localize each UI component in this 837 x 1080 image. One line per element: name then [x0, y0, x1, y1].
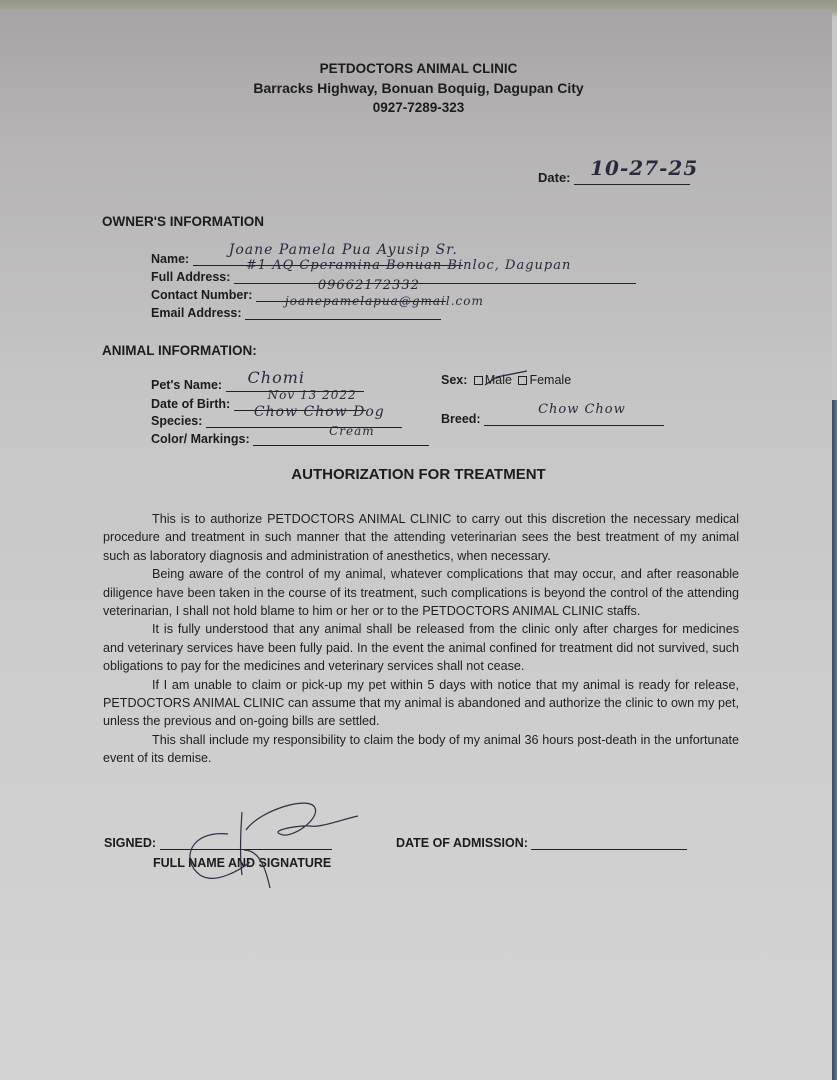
authorization-paragraph: It is fully understood that any animal s…	[103, 620, 739, 675]
color-label: Color/ Markings:	[151, 432, 250, 446]
clinic-phone: 0927-7289-323	[0, 98, 837, 118]
clinic-name: PETDOCTORS ANIMAL CLINIC	[0, 59, 837, 79]
check-mark-icon	[483, 369, 529, 389]
authorization-paragraph: This shall include my responsibility to …	[103, 731, 739, 768]
signed-label: SIGNED:	[104, 836, 156, 850]
owner-email-line[interactable]: joanepamelapua@gmail.com	[245, 306, 441, 320]
pet-name-label: Pet's Name:	[151, 378, 222, 392]
owner-contact-value: 09662172332	[318, 278, 420, 293]
owner-email-value: joanepamelapua@gmail.com	[285, 294, 484, 308]
admission-line[interactable]	[531, 836, 687, 850]
dob-label: Date of Birth:	[151, 397, 230, 411]
sex-male-checkbox[interactable]	[474, 376, 483, 385]
pet-name-value: Chomi	[248, 368, 305, 387]
owner-address-label: Full Address:	[151, 270, 230, 284]
breed-field: Breed: Chow Chow	[441, 412, 664, 426]
admission-field: DATE OF ADMISSION:	[396, 836, 687, 850]
clinic-address: Barracks Highway, Bonuan Boquig, Dagupan…	[0, 78, 837, 98]
sex-field: Sex: Male Female	[441, 373, 571, 387]
owner-email-field: Email Address: joanepamelapua@gmail.com	[151, 306, 441, 320]
owner-section-title: OWNER'S INFORMATION	[102, 214, 264, 229]
sex-label: Sex:	[441, 373, 467, 387]
owner-email-label: Email Address:	[151, 306, 242, 320]
color-field: Color/ Markings: Cream	[151, 432, 429, 446]
photo-background-edge	[832, 400, 837, 1080]
admission-label: DATE OF ADMISSION:	[396, 836, 528, 850]
color-line[interactable]: Cream	[253, 432, 429, 446]
authorization-paragraph: If I am unable to claim or pick-up my pe…	[103, 676, 739, 731]
authorization-paragraph: Being aware of the control of my animal,…	[103, 565, 739, 620]
date-value: 10-27-25	[590, 156, 698, 180]
owner-name-value: Joane Pamela Pua Ayusip Sr.	[229, 242, 458, 258]
sex-female-option: Female	[529, 373, 571, 387]
authorization-paragraph: This is to authorize PETDOCTORS ANIMAL C…	[103, 510, 739, 565]
owner-address-value: #1 AQ Cperamina Bonuan Binloc, Dagupan	[246, 258, 571, 273]
breed-label: Breed:	[441, 412, 481, 426]
authorization-title: AUTHORIZATION FOR TREATMENT	[0, 466, 837, 483]
owner-address-line[interactable]: #1 AQ Cperamina Bonuan Binloc, Dagupan	[234, 270, 636, 284]
color-value: Cream	[329, 424, 375, 438]
species-value: Chow Chow Dog	[254, 404, 385, 420]
breed-value: Chow Chow	[538, 402, 626, 417]
signature-scribble	[170, 790, 360, 890]
date-label: Date:	[538, 170, 571, 185]
owner-contact-label: Contact Number:	[151, 288, 252, 302]
date-field: Date: 10-27-25	[538, 168, 690, 185]
animal-section-title: ANIMAL INFORMATION:	[102, 343, 257, 358]
date-line[interactable]: 10-27-25	[574, 168, 690, 185]
breed-line[interactable]: Chow Chow	[484, 412, 664, 426]
authorization-body: This is to authorize PETDOCTORS ANIMAL C…	[103, 510, 739, 768]
dob-value: Nov 13 2022	[268, 388, 357, 402]
owner-name-label: Name:	[151, 252, 189, 266]
species-label: Species:	[151, 414, 202, 428]
